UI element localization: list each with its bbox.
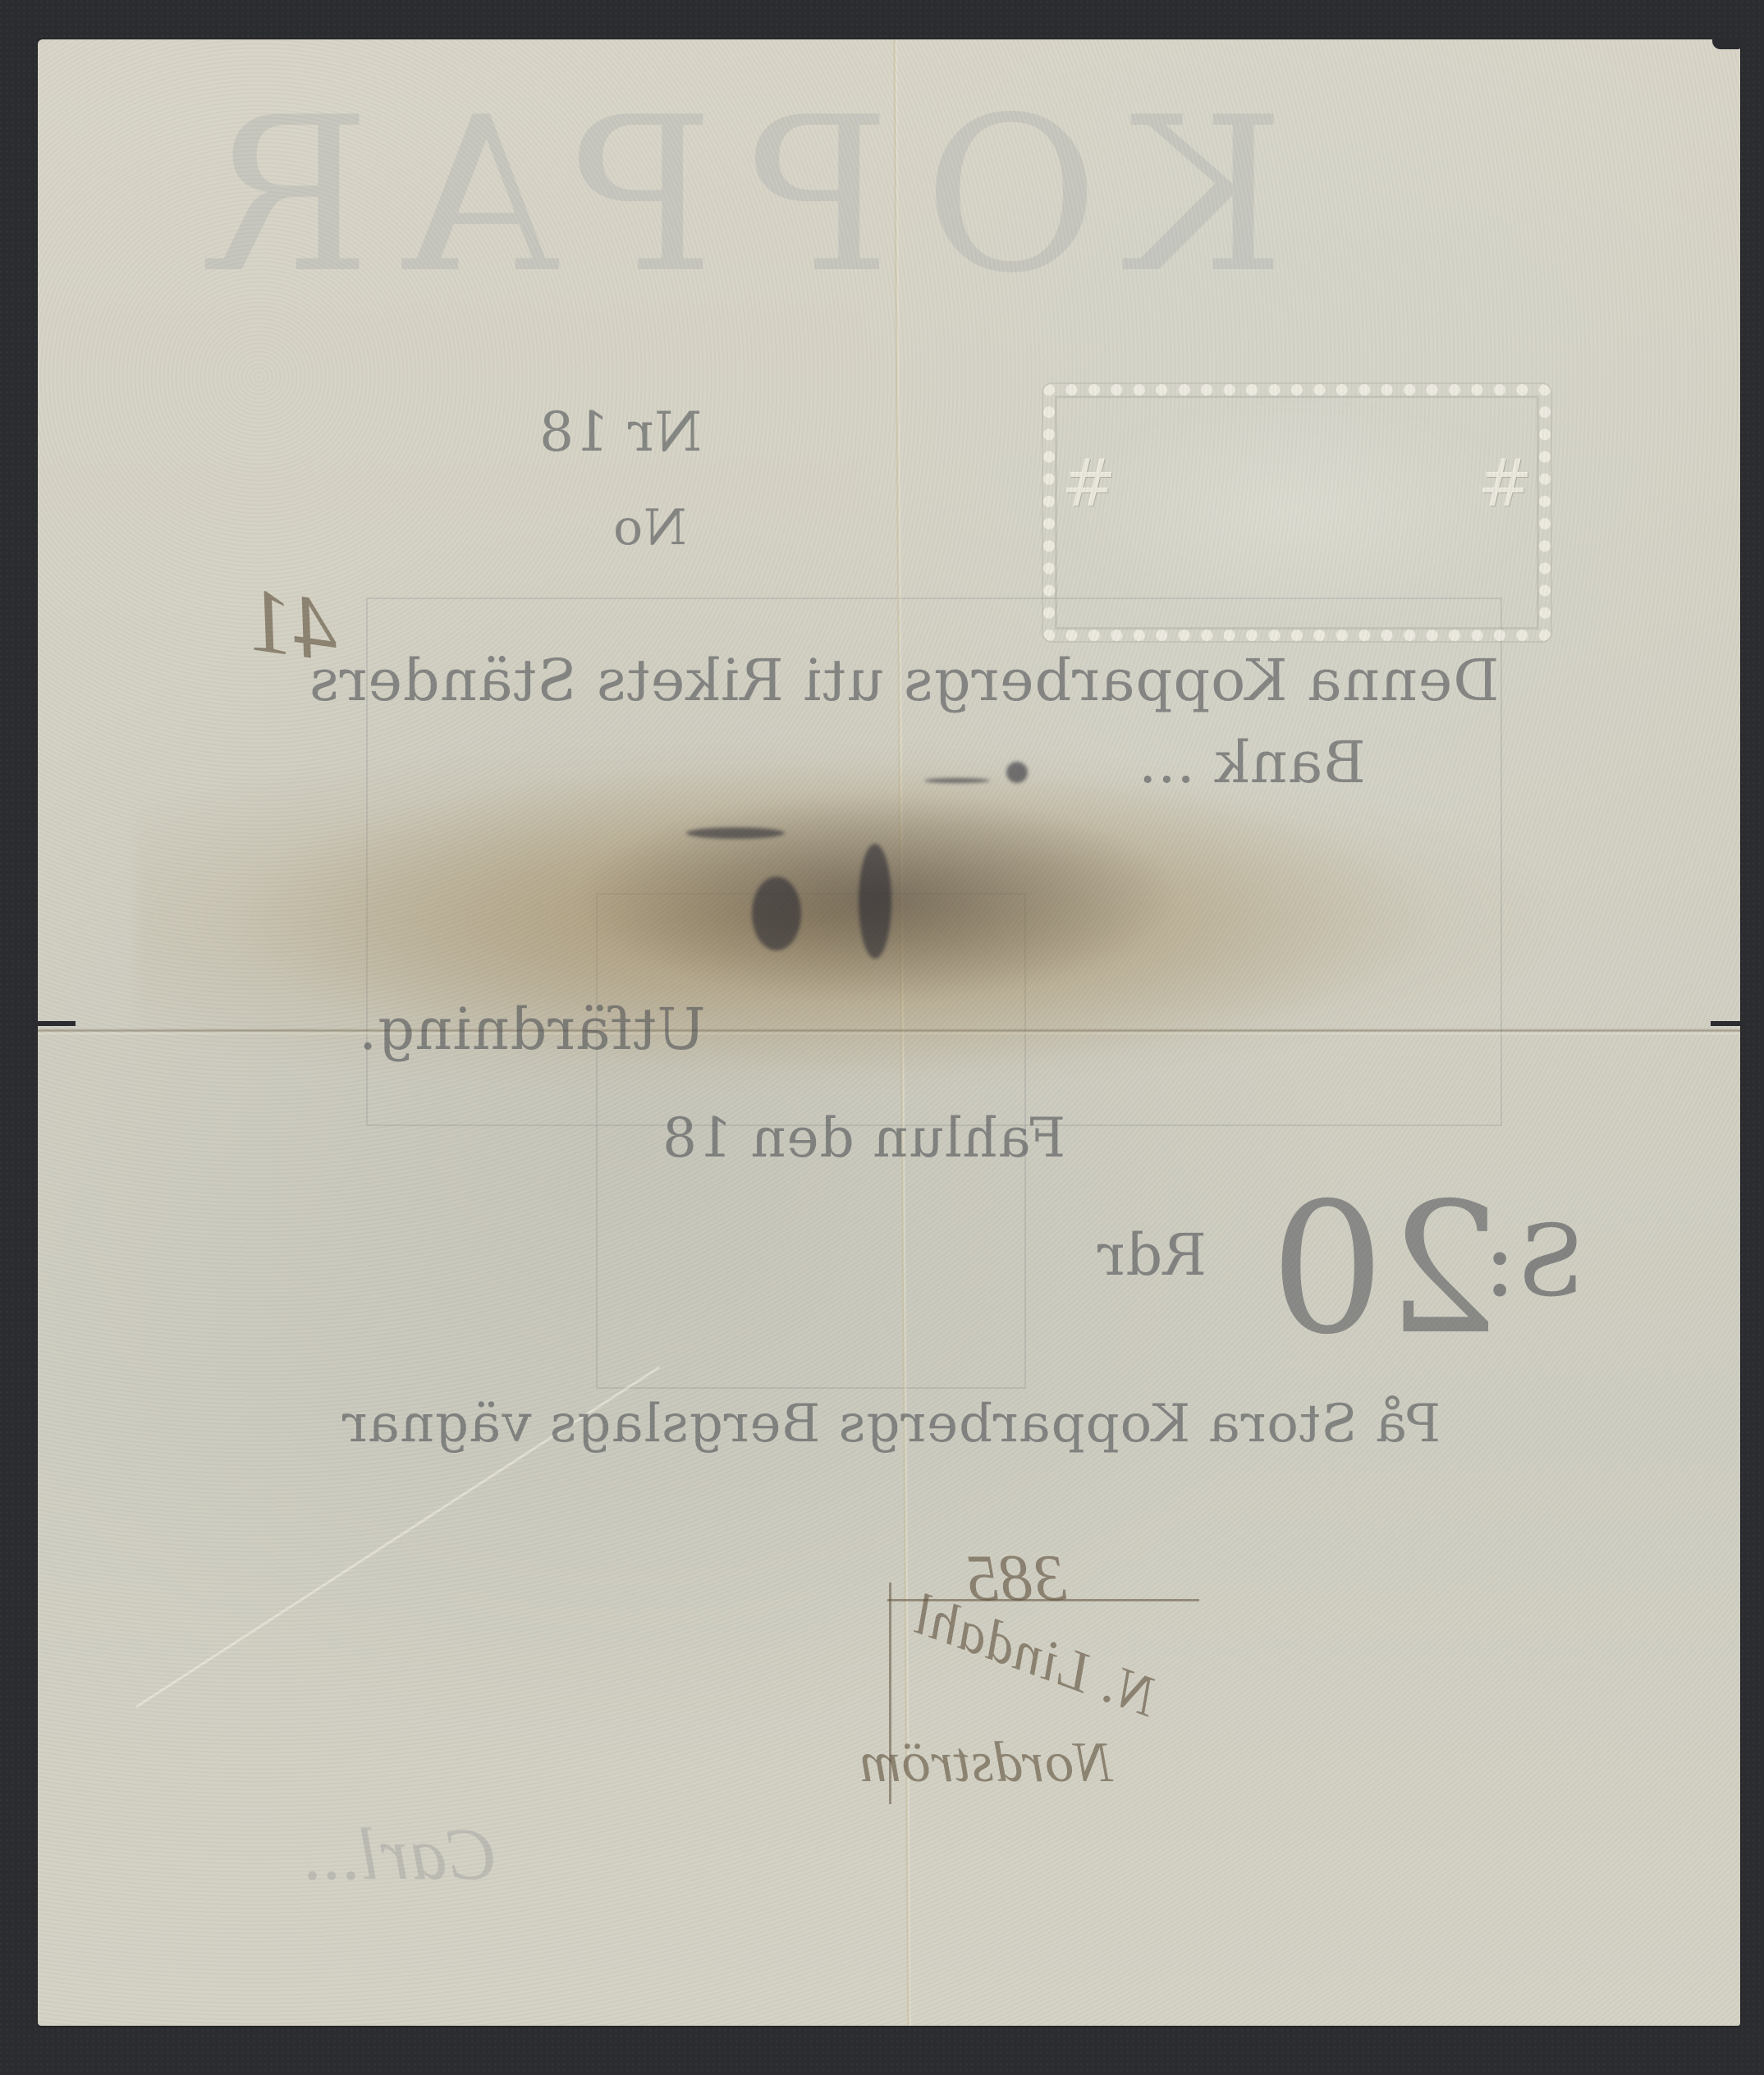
- denomination-value: 20: [1269, 1164, 1501, 1374]
- ink-smudge: [859, 844, 891, 959]
- text-line-1: Denna Kopparbergs uti Rikets Ständers: [309, 647, 1499, 714]
- ink-smudge: [924, 778, 990, 783]
- margin-handwritten-mark: 41: [241, 567, 346, 683]
- watermark-letters: KOPPAR: [177, 72, 1285, 320]
- text-line-2: Bank ...: [1138, 729, 1366, 796]
- text-line-5: På Stora Kopparbergs Bergslags vägnar: [341, 1394, 1441, 1454]
- text-line-4: Fahlun den 18: [662, 1106, 1065, 1170]
- denomination-unit: Rdr: [1097, 1221, 1207, 1289]
- no-line: No: [612, 499, 687, 557]
- edge-tear: [1712, 38, 1745, 49]
- embossed-seal: # #: [1043, 384, 1551, 641]
- faint-signature-lower-left: Carl...: [300, 1812, 497, 1897]
- text-line-3: Utfärdning.: [358, 996, 706, 1063]
- seal-hash-icon: #: [1061, 445, 1116, 521]
- banknote-reverse: KOPPAR # # Nr 18 No Denna Kopparbergs ut…: [38, 39, 1740, 2026]
- edge-tear: [34, 1021, 76, 1026]
- nr-line: Nr 18: [538, 401, 702, 464]
- edge-tear: [1711, 1021, 1743, 1026]
- ink-smudge: [752, 877, 801, 950]
- seal-hash-icon: #: [1478, 445, 1533, 521]
- ink-smudge: [1006, 762, 1028, 783]
- ink-smudge: [686, 827, 785, 839]
- signature-2: Nordström: [859, 1730, 1113, 1796]
